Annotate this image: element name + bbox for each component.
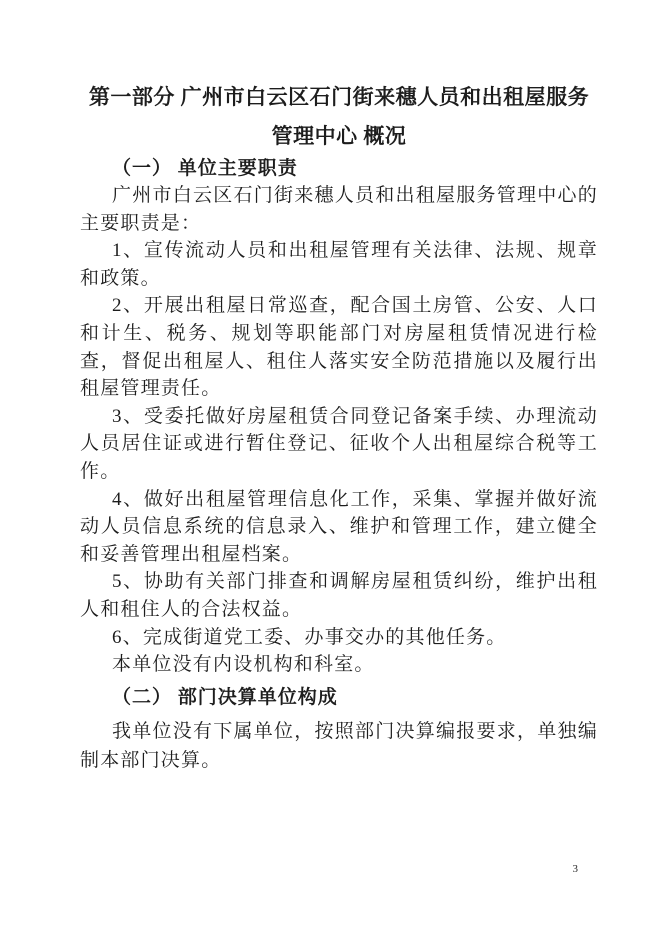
document-page: 第一部分 广州市白云区石门街来穗人员和出租屋服务 管理中心 概况 （一） 单位主… (0, 0, 662, 936)
section-1-intro-paragraph: 广州市白云区石门街来穗人员和出租屋服务管理中心的主要职责是： (80, 182, 598, 237)
section-2-heading: （二） 部门决算单位构成 (80, 685, 598, 711)
duty-item-1: 1、宣传流动人员和出租屋管理有关法律、法规、规章和政策。 (80, 237, 598, 292)
duty-item-2: 2、开展出租屋日常巡查，配合国土房管、公安、人口和计生、税务、规划等职能部门对房… (80, 292, 598, 402)
duty-item-5: 5、协助有关部门排查和调解房屋租赁纠纷，维护出租人和租住人的合法权益。 (80, 568, 598, 623)
duty-item-6: 6、完成街道党工委、办事交办的其他任务。 (80, 624, 598, 652)
duty-item-4: 4、做好出租屋管理信息化工作，采集、掌握并做好流动人员信息系统的信息录入、维护和… (80, 486, 598, 569)
no-internal-departments-note: 本单位没有内设机构和科室。 (80, 651, 598, 679)
section-1-heading: （一） 单位主要职责 (80, 156, 598, 182)
document-title-line-2: 管理中心 概况 (80, 117, 598, 156)
section-2-paragraph: 我单位没有下属单位，按照部门决算编报要求，单独编制本部门决算。 (80, 717, 598, 775)
duty-item-3: 3、受委托做好房屋租赁合同登记备案手续、办理流动人员居住证或进行暂住登记、征收个… (80, 403, 598, 486)
document-title: 第一部分 广州市白云区石门街来穗人员和出租屋服务 管理中心 概况 (80, 78, 598, 156)
page-number: 3 (573, 863, 579, 875)
document-title-line-1: 第一部分 广州市白云区石门街来穗人员和出租屋服务 (80, 78, 598, 117)
